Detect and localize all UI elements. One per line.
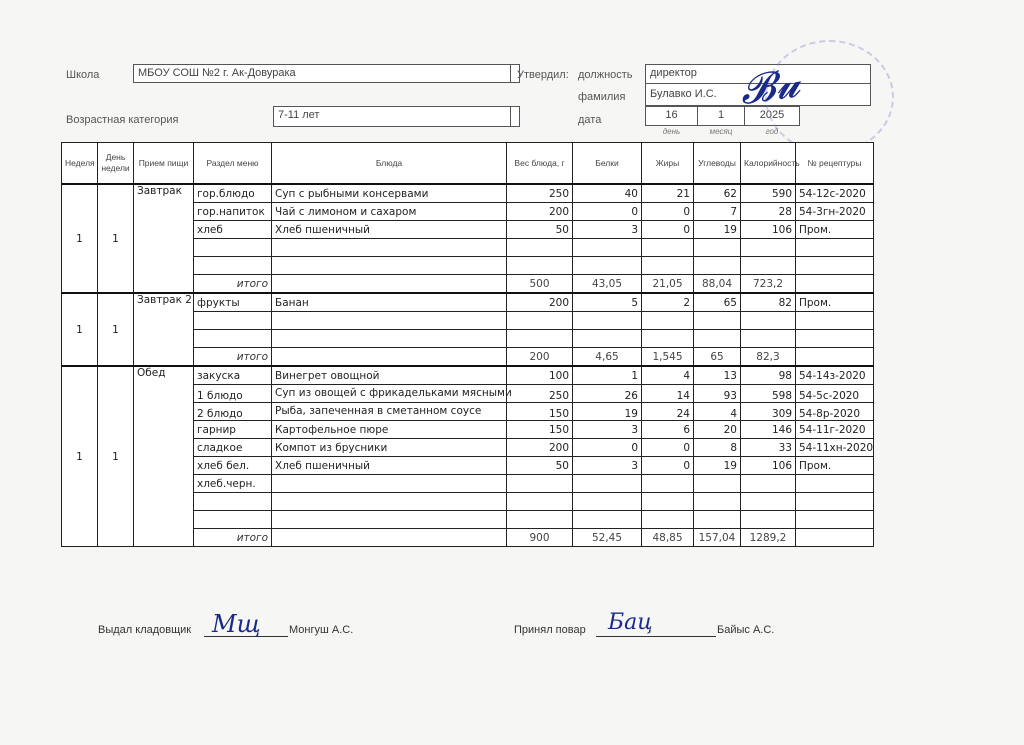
col-kcal: Калорийность	[741, 143, 796, 185]
recipe-cell: Пром.	[796, 457, 874, 475]
col-protein: Белки	[573, 143, 642, 185]
day-cell: 1	[98, 184, 134, 293]
received-label: Принял повар	[514, 624, 586, 636]
date-day-field: 16	[645, 106, 698, 126]
total-protein-cell: 52,45	[573, 529, 642, 547]
empty-cell	[642, 257, 694, 275]
empty-cell	[796, 312, 874, 330]
protein-cell: 26	[573, 385, 642, 403]
total-label: итого	[194, 348, 272, 367]
total-carbs-cell: 157,04	[694, 529, 741, 547]
kcal-cell	[741, 475, 796, 493]
kcal-cell: 106	[741, 221, 796, 239]
section-cell: хлеб	[194, 221, 272, 239]
meal-cell: Завтрак	[134, 184, 194, 293]
recipe-cell: 54-14з-2020	[796, 366, 874, 385]
protein-cell: 0	[573, 439, 642, 457]
empty-cell	[796, 239, 874, 257]
total-recipe-cell	[796, 348, 874, 367]
dish-cell: Картофельное пюре	[272, 421, 507, 439]
section-cell: сладкое	[194, 439, 272, 457]
empty-cell	[741, 239, 796, 257]
protein-cell	[573, 475, 642, 493]
fat-cell: 0	[642, 457, 694, 475]
weight-cell: 250	[507, 385, 573, 403]
surname-label: фамилия	[578, 91, 625, 103]
col-weight: Вес блюда, г	[507, 143, 573, 185]
issued-label: Выдал кладовщик	[98, 624, 191, 636]
col-day: День недели	[98, 143, 134, 185]
carbs-cell: 62	[694, 184, 741, 203]
table-header-row: Неделя День недели Прием пищи Раздел мен…	[62, 143, 874, 185]
empty-cell	[694, 511, 741, 529]
weight-cell: 250	[507, 184, 573, 203]
protein-cell: 19	[573, 403, 642, 421]
empty-cell	[507, 239, 573, 257]
empty-cell	[194, 511, 272, 529]
empty-cell	[796, 493, 874, 511]
total-kcal-cell: 723,2	[741, 275, 796, 294]
day-cell: 1	[98, 293, 134, 366]
fat-cell: 4	[642, 366, 694, 385]
total-weight-cell: 500	[507, 275, 573, 294]
age-category-field: 7-11 лет	[273, 106, 511, 127]
day-caption: день	[645, 127, 698, 136]
carbs-cell	[694, 475, 741, 493]
empty-cell	[796, 330, 874, 348]
kcal-cell: 28	[741, 203, 796, 221]
empty-cell	[573, 493, 642, 511]
total-dish-cell	[272, 275, 507, 294]
total-recipe-cell	[796, 529, 874, 547]
dish-cell	[272, 475, 507, 493]
total-fat-cell: 21,05	[642, 275, 694, 294]
fat-cell: 14	[642, 385, 694, 403]
recipe-cell: 54-5с-2020	[796, 385, 874, 403]
total-fat-cell: 1,545	[642, 348, 694, 367]
total-label: итого	[194, 529, 272, 547]
fat-cell: 0	[642, 203, 694, 221]
issued-name: Монгуш А.С.	[289, 624, 353, 636]
dish-cell: Хлеб пшеничный	[272, 457, 507, 475]
empty-cell	[194, 330, 272, 348]
date-label: дата	[578, 114, 601, 126]
total-fat-cell: 48,85	[642, 529, 694, 547]
section-cell: гарнир	[194, 421, 272, 439]
carbs-cell: 13	[694, 366, 741, 385]
weight-cell: 150	[507, 421, 573, 439]
empty-cell	[694, 257, 741, 275]
protein-cell: 3	[573, 221, 642, 239]
carbs-cell: 19	[694, 457, 741, 475]
month-caption: месяц	[697, 127, 745, 136]
empty-cell	[507, 511, 573, 529]
protein-cell: 5	[573, 293, 642, 312]
empty-cell	[194, 239, 272, 257]
received-signature-line	[596, 636, 716, 637]
section-cell: гор.напиток	[194, 203, 272, 221]
section-cell: 1 блюдо	[194, 385, 272, 403]
section-cell: гор.блюдо	[194, 184, 272, 203]
school-label: Школа	[66, 69, 99, 81]
empty-cell	[694, 239, 741, 257]
total-carbs-cell: 88,04	[694, 275, 741, 294]
empty-cell	[642, 330, 694, 348]
empty-cell	[194, 312, 272, 330]
recipe-cell	[796, 475, 874, 493]
section-cell: хлеб бел.	[194, 457, 272, 475]
total-recipe-cell	[796, 275, 874, 294]
section-cell: хлеб.черн.	[194, 475, 272, 493]
empty-cell	[694, 330, 741, 348]
kcal-cell: 33	[741, 439, 796, 457]
position-label: должность	[578, 69, 633, 81]
empty-cell	[694, 493, 741, 511]
col-week: Неделя	[62, 143, 98, 185]
age-category-label: Возрастная категория	[66, 114, 178, 126]
empty-cell	[642, 493, 694, 511]
section-cell: закуска	[194, 366, 272, 385]
fat-cell: 24	[642, 403, 694, 421]
protein-cell: 0	[573, 203, 642, 221]
dish-cell: Винегрет овощной	[272, 366, 507, 385]
empty-cell	[694, 312, 741, 330]
weight-cell: 100	[507, 366, 573, 385]
total-kcal-cell: 82,3	[741, 348, 796, 367]
year-caption: год	[744, 127, 800, 136]
weight-cell: 200	[507, 203, 573, 221]
empty-cell	[741, 330, 796, 348]
kcal-cell: 98	[741, 366, 796, 385]
fat-cell	[642, 475, 694, 493]
dish-cell: Банан	[272, 293, 507, 312]
dish-cell: Чай с лимоном и сахаром	[272, 203, 507, 221]
weight-cell: 150	[507, 403, 573, 421]
dish-cell: Хлеб пшеничный	[272, 221, 507, 239]
recipe-cell: Пром.	[796, 221, 874, 239]
dish-cell: Компот из брусники	[272, 439, 507, 457]
empty-cell	[194, 257, 272, 275]
protein-cell: 1	[573, 366, 642, 385]
protein-cell: 40	[573, 184, 642, 203]
week-cell: 1	[62, 366, 98, 547]
empty-cell	[272, 257, 507, 275]
table-row: 11ОбедзакускаВинегрет овощной10014139854…	[62, 366, 874, 385]
total-protein-cell: 43,05	[573, 275, 642, 294]
col-dish: Блюда	[272, 143, 507, 185]
menu-table: Неделя День недели Прием пищи Раздел мен…	[61, 142, 874, 547]
date-month-field: 1	[697, 106, 745, 126]
empty-cell	[741, 493, 796, 511]
col-fat: Жиры	[642, 143, 694, 185]
col-carbs: Углеводы	[694, 143, 741, 185]
kcal-cell: 309	[741, 403, 796, 421]
protein-cell: 3	[573, 421, 642, 439]
empty-cell	[272, 239, 507, 257]
recipe-cell: 54-11г-2020	[796, 421, 874, 439]
empty-cell	[194, 493, 272, 511]
col-section: Раздел меню	[194, 143, 272, 185]
recipe-cell: 54-12с-2020	[796, 184, 874, 203]
empty-cell	[573, 257, 642, 275]
total-weight-cell: 900	[507, 529, 573, 547]
table-row: 11Завтракгор.блюдоСуп с рыбными консерва…	[62, 184, 874, 203]
fat-cell: 6	[642, 421, 694, 439]
recipe-cell: 54-11хн-2020	[796, 439, 874, 457]
total-carbs-cell: 65	[694, 348, 741, 367]
weight-cell: 200	[507, 439, 573, 457]
empty-cell	[573, 511, 642, 529]
col-meal: Прием пищи	[134, 143, 194, 185]
col-recipe: № рецептуры	[796, 143, 874, 185]
empty-cell	[642, 511, 694, 529]
empty-cell	[796, 257, 874, 275]
header-spacer-box-2	[511, 106, 520, 127]
empty-cell	[507, 493, 573, 511]
fat-cell: 21	[642, 184, 694, 203]
carbs-cell: 19	[694, 221, 741, 239]
empty-cell	[272, 330, 507, 348]
week-cell: 1	[62, 184, 98, 293]
total-dish-cell	[272, 529, 507, 547]
meal-cell: Завтрак 2	[134, 293, 194, 366]
director-signature: 𝓑𝓾	[737, 60, 803, 114]
total-label: итого	[194, 275, 272, 294]
empty-cell	[741, 312, 796, 330]
fat-cell: 2	[642, 293, 694, 312]
weight-cell	[507, 475, 573, 493]
total-protein-cell: 4,65	[573, 348, 642, 367]
carbs-cell: 93	[694, 385, 741, 403]
carbs-cell: 20	[694, 421, 741, 439]
empty-cell	[741, 257, 796, 275]
empty-cell	[272, 312, 507, 330]
carbs-cell: 4	[694, 403, 741, 421]
fat-cell: 0	[642, 439, 694, 457]
carbs-cell: 7	[694, 203, 741, 221]
empty-cell	[507, 312, 573, 330]
table-row: 11Завтрак 2фруктыБанан200526582Пром.	[62, 293, 874, 312]
empty-cell	[573, 330, 642, 348]
dish-cell: Суп с рыбными консервами	[272, 184, 507, 203]
fat-cell: 0	[642, 221, 694, 239]
empty-cell	[573, 239, 642, 257]
protein-cell: 3	[573, 457, 642, 475]
carbs-cell: 8	[694, 439, 741, 457]
empty-cell	[573, 312, 642, 330]
total-dish-cell	[272, 348, 507, 367]
meal-cell: Обед	[134, 366, 194, 547]
empty-cell	[741, 511, 796, 529]
dish-cell: Суп из овощей с фрикадельками мясными	[272, 385, 507, 403]
empty-cell	[507, 257, 573, 275]
empty-cell	[272, 511, 507, 529]
kcal-cell: 146	[741, 421, 796, 439]
total-weight-cell: 200	[507, 348, 573, 367]
storekeeper-signature: Мщ	[212, 610, 261, 638]
weight-cell: 50	[507, 221, 573, 239]
cook-signature: Бац	[608, 610, 653, 635]
empty-cell	[642, 312, 694, 330]
recipe-cell: 54-8р-2020	[796, 403, 874, 421]
recipe-cell: 54-3гн-2020	[796, 203, 874, 221]
approved-label: Утвердил:	[517, 69, 569, 81]
kcal-cell: 590	[741, 184, 796, 203]
empty-cell	[507, 330, 573, 348]
dish-cell: Рыба, запеченная в сметанном соусе	[272, 403, 507, 421]
carbs-cell: 65	[694, 293, 741, 312]
kcal-cell: 106	[741, 457, 796, 475]
empty-cell	[642, 239, 694, 257]
kcal-cell: 82	[741, 293, 796, 312]
school-field: МБОУ СОШ №2 г. Ак-Довурака	[133, 64, 511, 83]
weight-cell: 200	[507, 293, 573, 312]
empty-cell	[272, 493, 507, 511]
empty-cell	[796, 511, 874, 529]
recipe-cell: Пром.	[796, 293, 874, 312]
section-cell: фрукты	[194, 293, 272, 312]
day-cell: 1	[98, 366, 134, 547]
week-cell: 1	[62, 293, 98, 366]
kcal-cell: 598	[741, 385, 796, 403]
received-name: Байыс А.С.	[717, 624, 774, 636]
weight-cell: 50	[507, 457, 573, 475]
section-cell: 2 блюдо	[194, 403, 272, 421]
total-kcal-cell: 1289,2	[741, 529, 796, 547]
